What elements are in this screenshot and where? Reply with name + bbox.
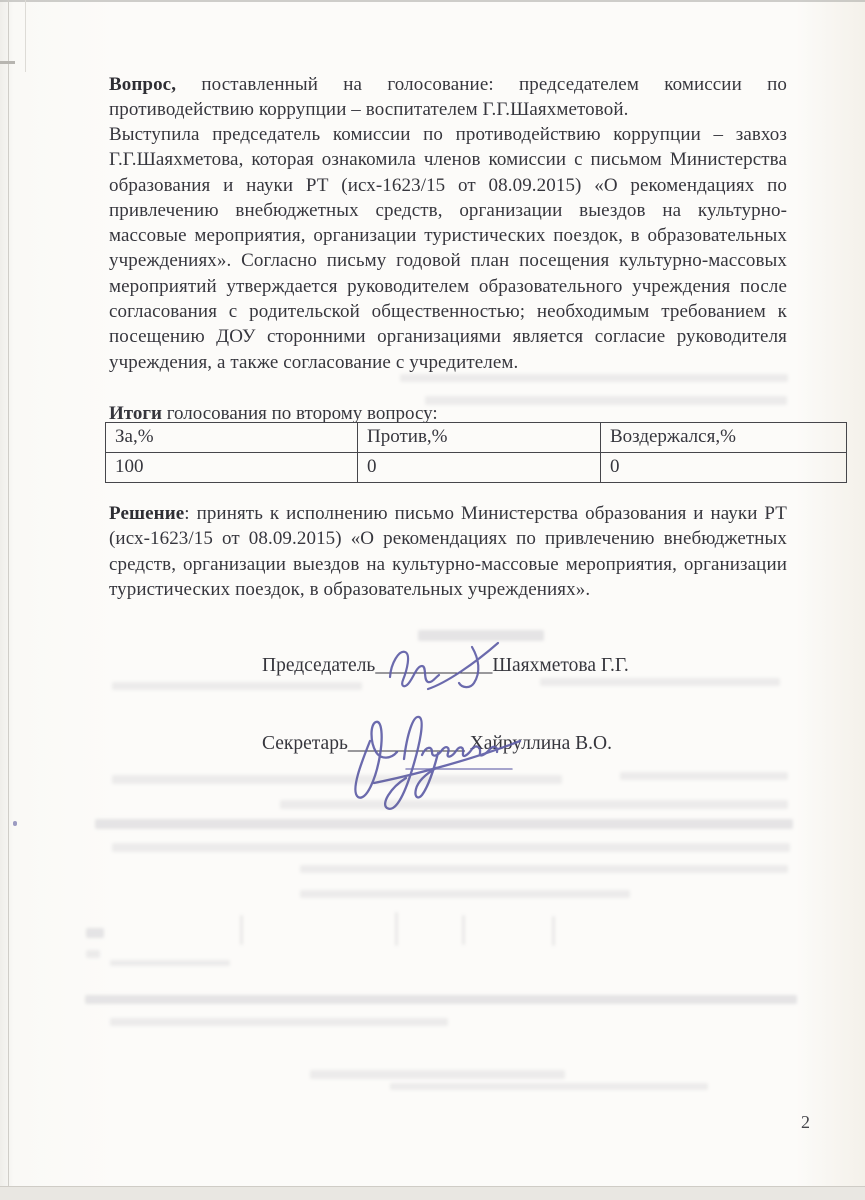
bleed-through-artifact xyxy=(390,1083,708,1090)
scan-edge-left-secondary xyxy=(25,0,26,72)
secretary-name: Хайруллина В.О. xyxy=(470,733,612,754)
votes-table-value-row: 100 0 0 xyxy=(106,453,847,483)
scan-edge-bottom xyxy=(0,1186,865,1200)
ink-speck xyxy=(13,821,17,826)
votes-table-header-row: За,% Против,% Воздержался,% xyxy=(106,423,847,453)
bleed-through-artifact xyxy=(300,865,788,873)
secretary-signature-row: Секретарь____________ Хайруллина В.О. xyxy=(262,733,612,755)
bleed-through-artifact xyxy=(240,915,243,945)
scan-edge-top xyxy=(0,0,865,2)
secretary-signature-line: ____________ xyxy=(348,733,465,754)
chairman-signature-row: Председатель____________Шаяхметова Г.Г. xyxy=(262,655,629,677)
chairman-name: Шаяхметова Г.Г. xyxy=(492,655,628,676)
votes-table: За,% Против,% Воздержался,% 100 0 0 xyxy=(105,422,847,483)
decision-text: : принять к исполнению письмо Министерст… xyxy=(109,503,787,600)
decision-paragraph: Решение: принять к исполнению письмо Мин… xyxy=(109,501,787,602)
question-paragraph: Вопрос, поставленный на голосование: пре… xyxy=(109,72,787,123)
votes-value-abstained: 0 xyxy=(601,453,847,483)
bleed-through-artifact xyxy=(112,682,362,690)
bleed-through-artifact xyxy=(400,374,788,382)
bleed-through-artifact xyxy=(395,912,398,946)
bleed-through-artifact xyxy=(86,928,104,938)
bleed-through-artifact xyxy=(112,775,562,784)
bleed-through-artifact xyxy=(280,800,788,809)
page-number: 2 xyxy=(801,1112,810,1133)
bleed-through-artifact xyxy=(462,915,465,945)
secretary-role-label: Секретарь xyxy=(262,733,348,754)
scanned-document-page: Вопрос, поставленный на голосование: пре… xyxy=(0,0,865,1200)
votes-value-against: 0 xyxy=(358,453,601,483)
bleed-through-artifact xyxy=(552,916,555,946)
votes-value-for: 100 xyxy=(106,453,358,483)
chairman-role-label: Председатель xyxy=(262,655,375,676)
votes-header-against: Против,% xyxy=(358,423,601,453)
question-lead-bold: Вопрос, xyxy=(109,74,176,95)
chairman-signature-line: ____________ xyxy=(375,655,492,676)
bleed-through-artifact xyxy=(110,960,230,966)
bleed-through-artifact xyxy=(425,396,787,405)
bleed-through-artifact xyxy=(95,819,793,829)
scan-edge-dash xyxy=(0,61,15,64)
bleed-through-artifact xyxy=(540,678,780,686)
decision-lead-bold: Решение xyxy=(109,503,184,524)
bleed-through-artifact xyxy=(310,1070,565,1079)
bleed-through-artifact xyxy=(110,1018,448,1026)
scan-edge-left xyxy=(8,0,9,1200)
bleed-through-artifact xyxy=(85,995,797,1004)
question-text: поставленный на голосование: председател… xyxy=(109,74,787,120)
bleed-through-artifact xyxy=(620,772,788,780)
votes-lead-bold: Итоги xyxy=(109,403,162,424)
bleed-through-artifact xyxy=(300,890,630,898)
votes-intro-text: голосования по второму вопросу: xyxy=(162,403,438,424)
votes-header-for: За,% xyxy=(106,423,358,453)
votes-header-abstained: Воздержался,% xyxy=(601,423,847,453)
speech-paragraph: Выступила председатель комиссии по проти… xyxy=(109,122,787,375)
bleed-through-artifact xyxy=(86,950,100,958)
bleed-through-artifact xyxy=(112,843,790,852)
bleed-through-artifact xyxy=(418,630,544,641)
